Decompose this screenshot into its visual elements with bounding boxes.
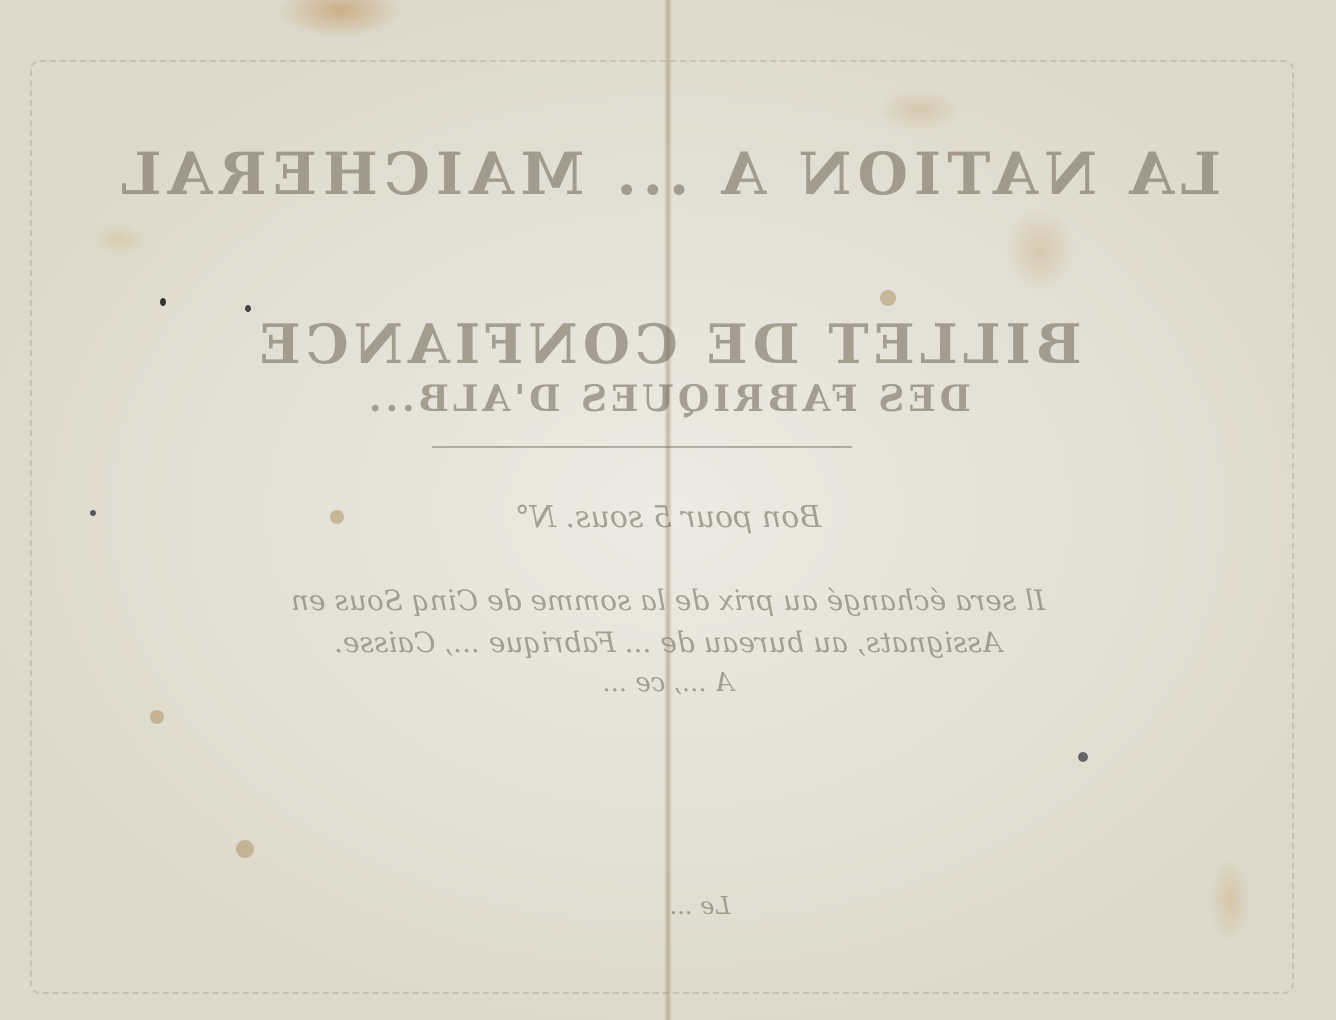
title-text: LA NATION A ... MAICHERAL xyxy=(0,140,1336,208)
subtitle-text: BILLET DE CONFIANCE xyxy=(0,312,1336,376)
body-text-2: Assignats, au bureau de ... Fabrique ...… xyxy=(0,626,1336,659)
paper-document: LA NATION A ... MAICHERAL BILLET DE CONF… xyxy=(0,0,1336,1020)
subtitle-text-2: DES FABRIQUES D'ALB... xyxy=(0,378,1336,420)
ink-spot xyxy=(160,298,166,306)
stain-spot xyxy=(330,510,344,524)
stain-spot xyxy=(150,710,164,724)
body-text-1: Il sera échangé au prix de la somme de C… xyxy=(0,584,1336,617)
value-text: Bon pour 5 sous. N° xyxy=(0,500,1336,535)
signature-text: Le ... xyxy=(200,892,1200,920)
body-text-3: A ..., ce ... xyxy=(0,668,1336,698)
ink-spot xyxy=(90,510,96,516)
ink-spot xyxy=(1078,752,1088,762)
ink-spot xyxy=(245,305,251,312)
stain-spot xyxy=(880,290,896,306)
stain-spot xyxy=(236,840,254,858)
divider-rule xyxy=(432,446,852,448)
